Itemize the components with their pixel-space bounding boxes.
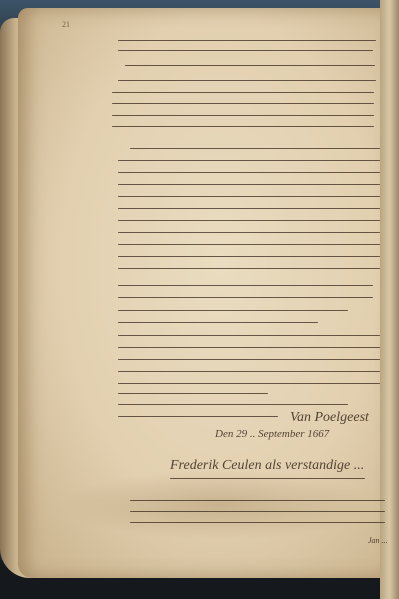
book-right-edge	[380, 0, 399, 599]
folio-mark: 21	[62, 20, 70, 29]
water-stain	[60, 470, 380, 540]
date-line: Den 29 .. September 1667	[215, 428, 329, 440]
closing-mark: Jan ...	[368, 536, 388, 545]
signature: Van Poelgeest	[290, 410, 369, 426]
witness-line: Frederik Ceulen als verstandige ...	[170, 458, 364, 474]
